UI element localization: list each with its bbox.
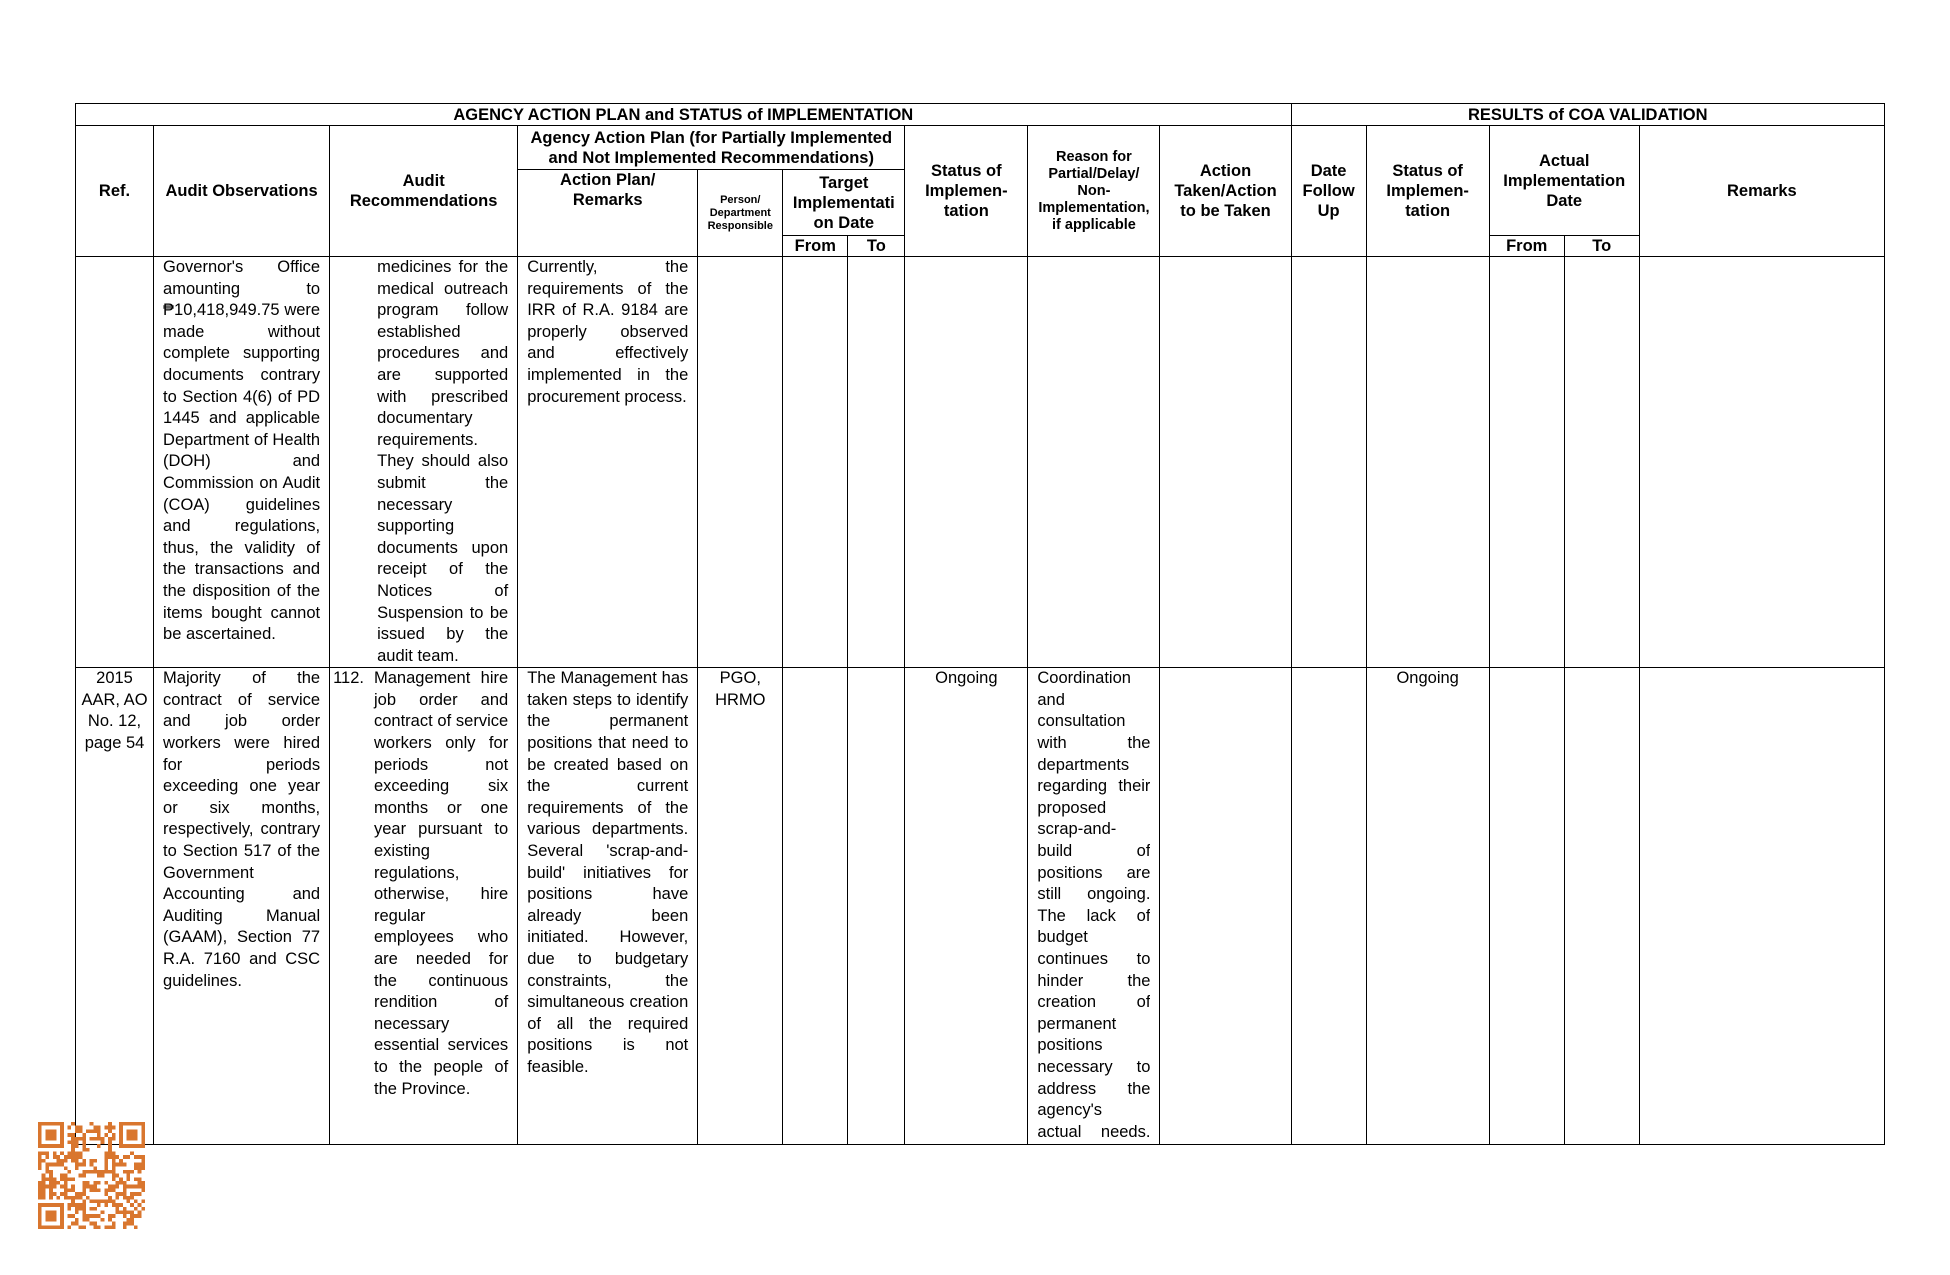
ref-cell: 2015 AAR, AO No. 12, page 54 [76, 668, 154, 1145]
col-target-to: To [848, 236, 905, 257]
col-action-plan-remarks: Action Plan/ Remarks [518, 170, 698, 257]
recommendation-cell: 112. Management hire job order and contr… [330, 668, 518, 1145]
reason-cell: Coordination and consultation with the d… [1028, 668, 1160, 1145]
actual-to-cell [1564, 668, 1639, 1145]
actual-to-cell [1564, 257, 1639, 668]
col-remarks: Remarks [1639, 126, 1884, 257]
status-cell [905, 257, 1028, 668]
reason-cell [1028, 257, 1160, 668]
col-ref: Ref. [76, 126, 154, 257]
target-from-cell [783, 668, 848, 1145]
action-taken-cell [1160, 257, 1291, 668]
col-reason: Reason for Partial/Delay/ Non- Implement… [1028, 126, 1160, 257]
col-actual-to: To [1564, 236, 1639, 257]
col-actual-implementation-date: Actual Implementation Date [1489, 126, 1639, 236]
reason-text: Coordination and consultation with the d… [1037, 668, 1150, 1144]
col-date-follow-up: Date Follow Up [1291, 126, 1366, 257]
table-row: 2015 AAR, AO No. 12, page 54 Majority of… [76, 668, 1885, 1145]
actual-from-cell [1489, 668, 1564, 1145]
col-agency-action-plan-group: Agency Action Plan (for Partially Implem… [518, 126, 905, 170]
recommendation-number: 112. [333, 668, 364, 1100]
col-status-coa: Status of Implemen- tation [1366, 126, 1489, 257]
person-cell: PGO, HRMO [698, 668, 783, 1145]
col-actual-from: From [1489, 236, 1564, 257]
action-plan-table: AGENCY ACTION PLAN and STATUS of IMPLEME… [75, 103, 1885, 1145]
group-header-agency: AGENCY ACTION PLAN and STATUS of IMPLEME… [76, 104, 1292, 126]
target-to-cell [848, 257, 905, 668]
date-follow-up-cell [1291, 257, 1366, 668]
table-row: Governor's Office amounting to ₱10,418,9… [76, 257, 1885, 668]
remarks-cell [1639, 257, 1884, 668]
status-coa-cell [1366, 257, 1489, 668]
status-cell: Ongoing [905, 668, 1028, 1145]
remarks-cell [1639, 668, 1884, 1145]
recommendation-text: Management hire job order and contract o… [370, 668, 508, 1100]
col-audit-observations: Audit Observations [154, 126, 330, 257]
col-audit-recommendations: Audit Recommendations [330, 126, 518, 257]
col-action-taken: Action Taken/Action to be Taken [1160, 126, 1291, 257]
action-taken-cell [1160, 668, 1291, 1145]
target-to-cell [848, 668, 905, 1145]
actual-from-cell [1489, 257, 1564, 668]
observation-cell: Governor's Office amounting to ₱10,418,9… [154, 257, 330, 668]
col-target-date: Target Implementati on Date [783, 170, 905, 236]
action-plan-cell: Currently, the requirements of the IRR o… [518, 257, 698, 668]
status-coa-cell: Ongoing [1366, 668, 1489, 1145]
date-follow-up-cell [1291, 668, 1366, 1145]
col-person-responsible: Person/ Department Responsible [698, 170, 783, 257]
observation-cell: Majority of the contract of service and … [154, 668, 330, 1145]
target-from-cell [783, 257, 848, 668]
ref-cell [76, 257, 154, 668]
audit-action-plan-sheet: AGENCY ACTION PLAN and STATUS of IMPLEME… [75, 103, 1885, 1145]
person-cell [698, 257, 783, 668]
qr-code-icon [38, 1122, 145, 1229]
recommendation-cell: medicines for the medical outreach progr… [330, 257, 518, 668]
group-header-coa: RESULTS of COA VALIDATION [1291, 104, 1884, 126]
col-target-from: From [783, 236, 848, 257]
col-status: Status of Implemen- tation [905, 126, 1028, 257]
action-plan-cell: The Management has taken steps to identi… [518, 668, 698, 1145]
